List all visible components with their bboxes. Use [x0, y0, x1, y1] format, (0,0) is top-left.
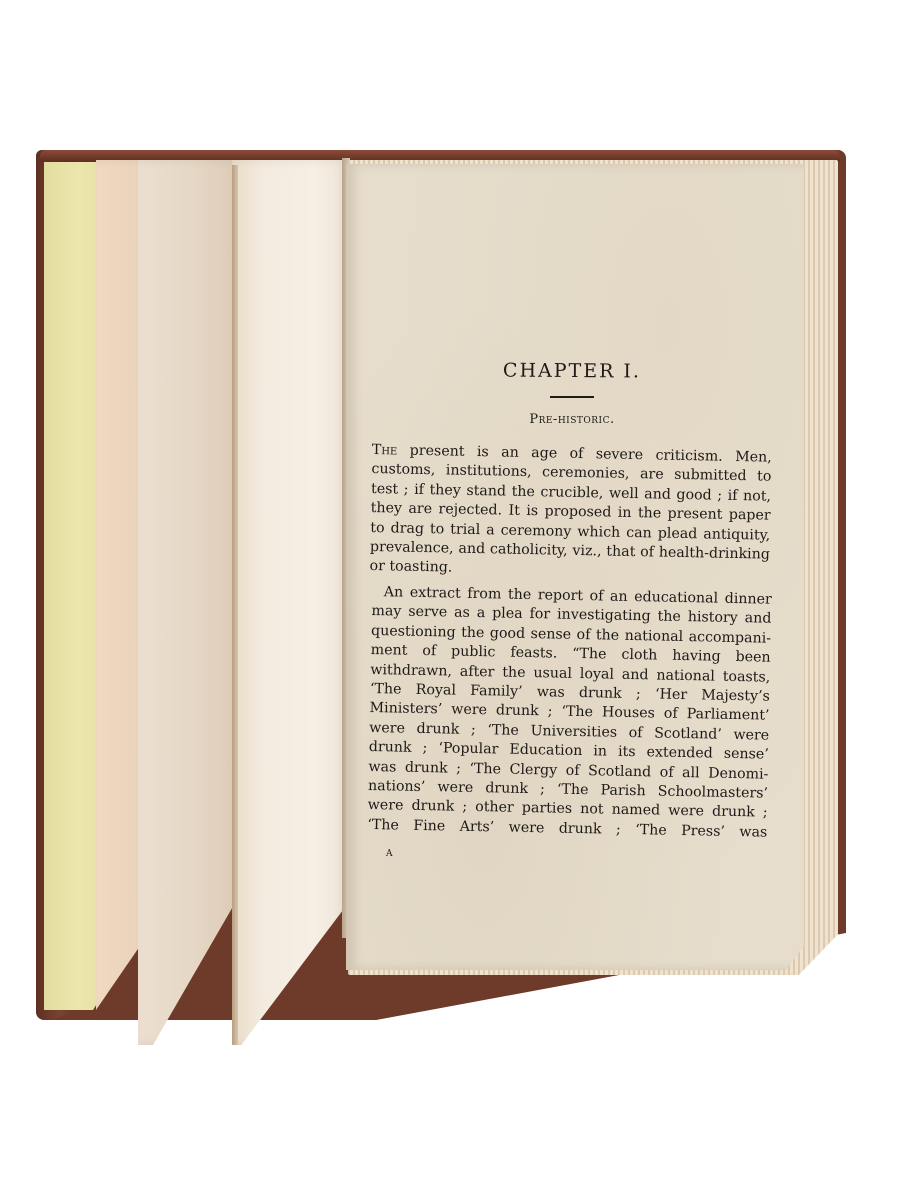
chapter-rule-divider	[550, 396, 594, 398]
section-title: Pre-historic.	[372, 412, 772, 427]
paragraph-2: An extract from the report of an educati…	[367, 583, 772, 843]
fanned-leaf-3	[232, 160, 348, 1045]
open-book-photo: CHAPTER I. Pre-historic. The present is …	[0, 0, 900, 1200]
fanned-leaf-2	[138, 160, 245, 1045]
chapter-title: CHAPTER I.	[372, 359, 772, 384]
signature-mark: A	[386, 849, 393, 859]
page-text: CHAPTER I. Pre-historic. The present is …	[372, 360, 772, 860]
lead-word: The	[372, 442, 398, 458]
paragraph-1: The present is an age of severe criticis…	[369, 441, 772, 584]
fanned-leaf-3-edge	[232, 165, 238, 1045]
